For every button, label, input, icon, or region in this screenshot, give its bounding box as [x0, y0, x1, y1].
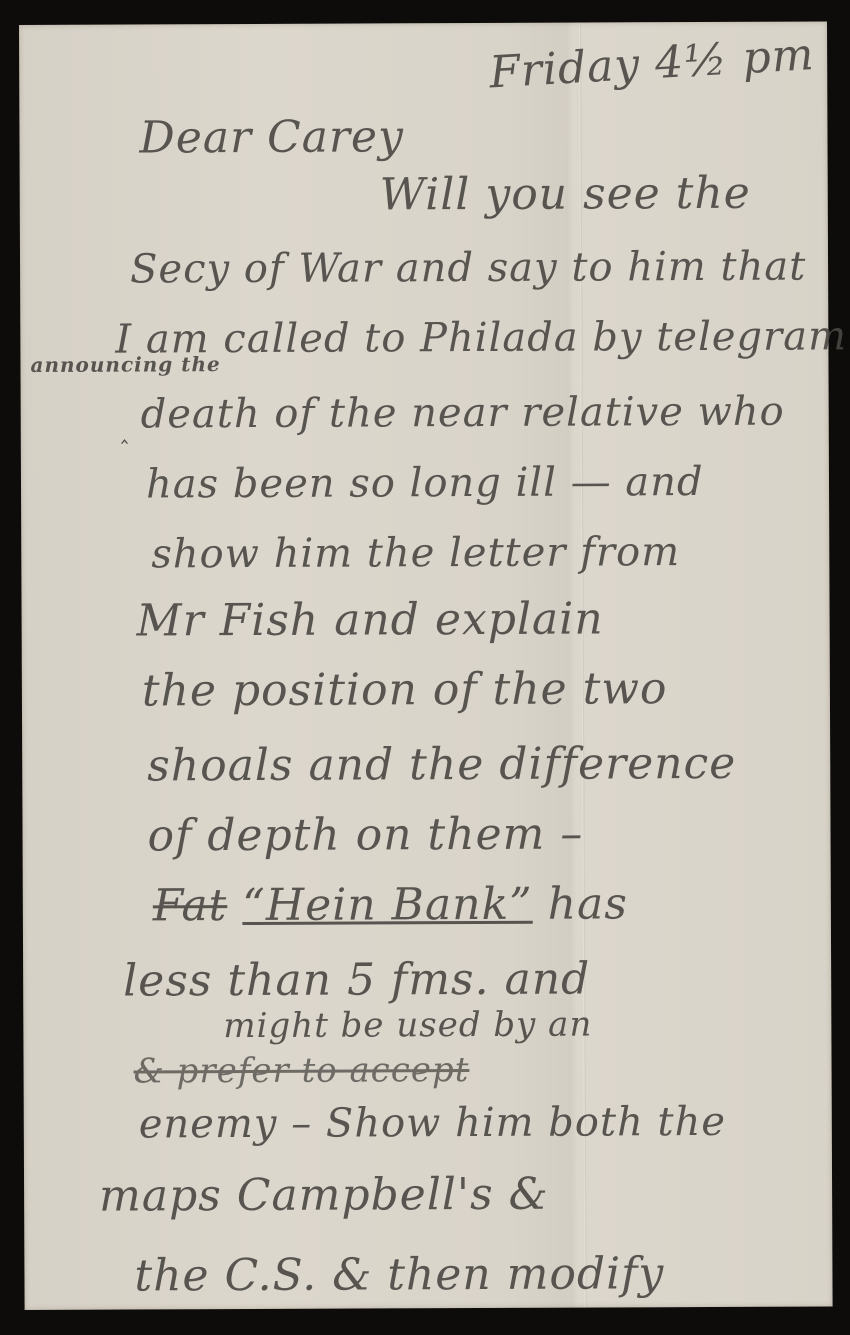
scanned-letter: Friday 4½ pm Dear Carey Will you see the… — [0, 0, 850, 1335]
letter-line-13: maps Campbell's & — [99, 1173, 549, 1219]
letter-line-2: Secy of War and say to him that — [130, 247, 806, 290]
letter-line-9: shoals and the difference — [147, 742, 736, 789]
margin-insertion: announcing the — [30, 354, 220, 375]
letter-line-12: enemy – Show him both the — [139, 1102, 726, 1145]
letter-line-3: I am called to Philada by telegram — [115, 316, 847, 359]
hein-bank-name: “Hein Bank” — [242, 879, 533, 931]
hein-bank-line: Fat “Hein Bank” has — [153, 882, 628, 928]
insertion-caret-icon: ‸ — [121, 420, 129, 445]
letter-line-10: of depth on them – — [147, 813, 583, 859]
letter-line-14: the C.S. & then modify — [134, 1252, 664, 1298]
struck-word: Fat — [153, 880, 228, 931]
letter-page: Friday 4½ pm Dear Carey Will you see the… — [19, 21, 833, 1310]
dateline: Friday 4½ pm — [488, 33, 815, 95]
letter-line-6: show him the letter from — [151, 532, 680, 574]
letter-line-11: less than 5 fms. and — [123, 958, 590, 1004]
struck-phrase: & prefer to accept — [133, 1053, 469, 1088]
letter-line-7: Mr Fish and explain — [137, 597, 604, 643]
inserted-phrase: might be used by an — [223, 1008, 592, 1044]
letter-line-4: death of the near relative who — [141, 392, 785, 435]
letter-line-1: Will you see the — [380, 172, 751, 218]
salutation: Dear Carey — [139, 115, 404, 160]
letter-line-5: has been so long ill — and — [146, 462, 704, 504]
letter-line-8: the position of the two — [142, 667, 668, 713]
hein-bank-rest: has — [548, 878, 628, 929]
